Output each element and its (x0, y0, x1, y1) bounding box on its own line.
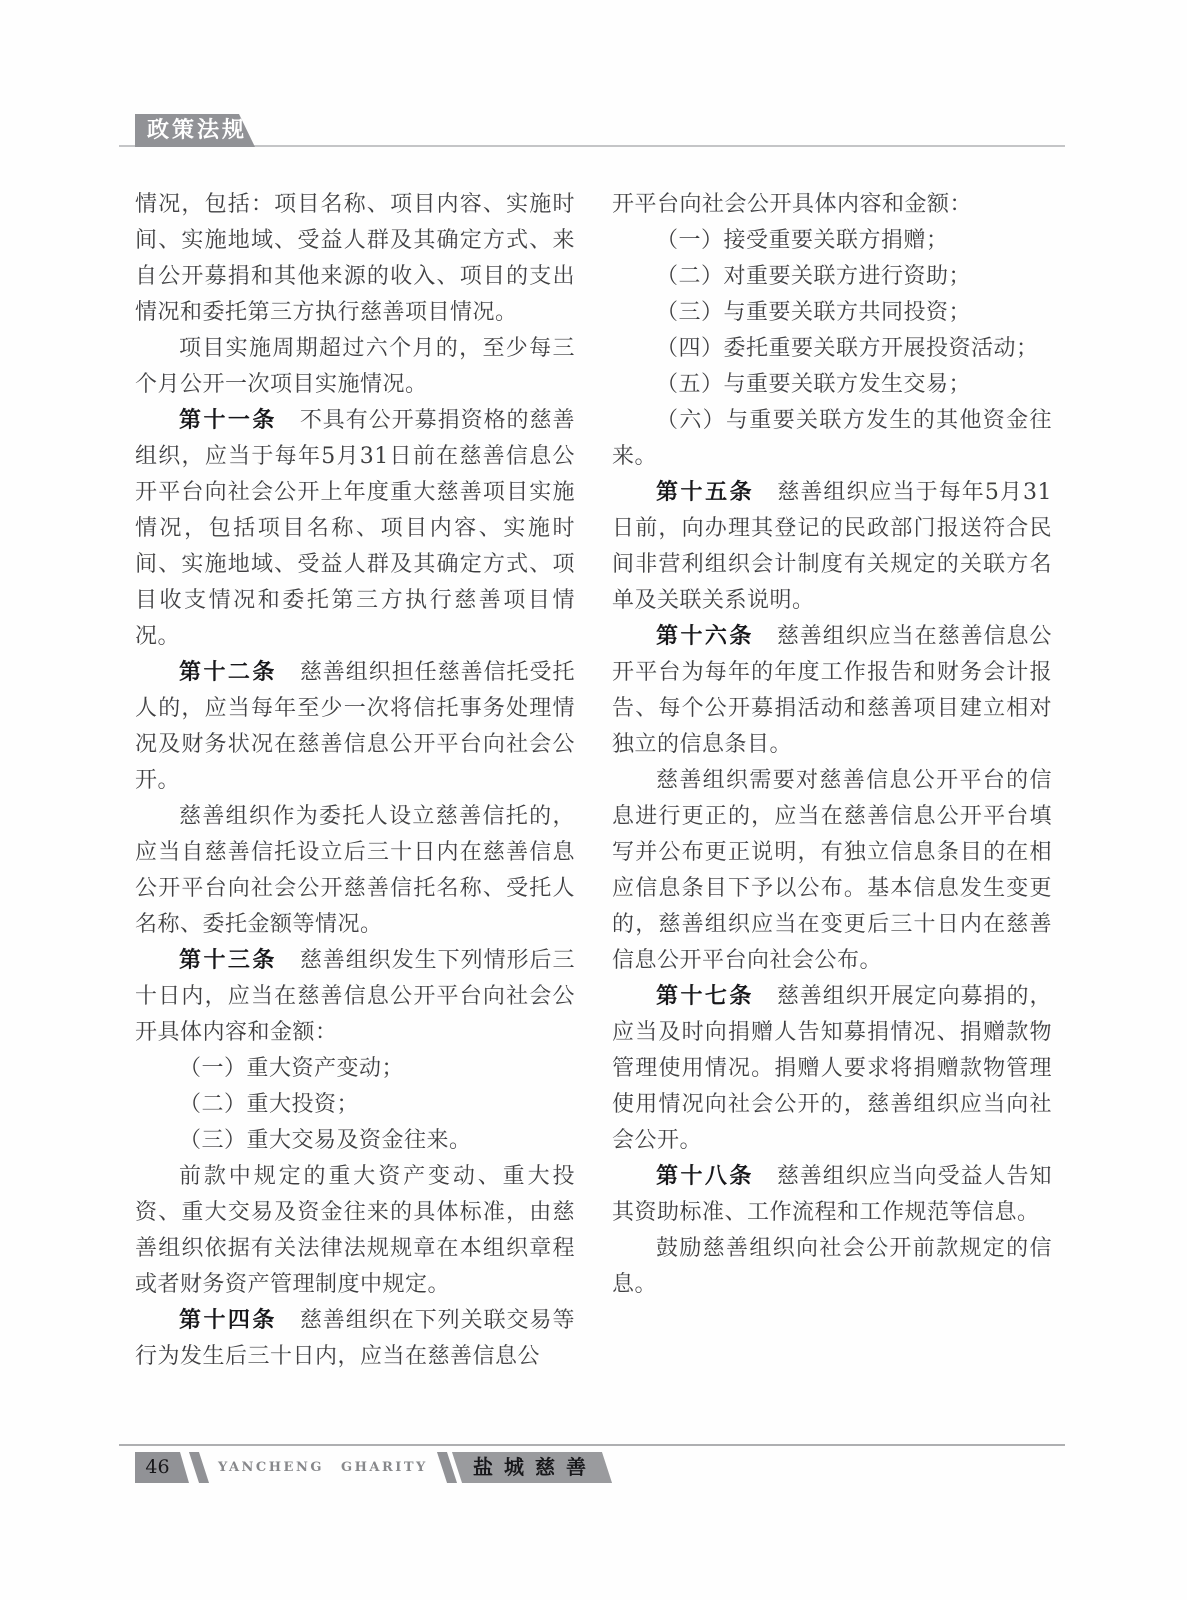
paragraph-text: （五）与重要关联方发生交易； (656, 372, 971, 397)
paragraph-text: 不具有公开募捐资格的慈善组织，应当于每年5月31日前在慈善信息公开平台向社会公开… (135, 408, 575, 649)
paragraph-text: 项目实施周期超过六个月的，至少每三个月公开一次项目实施情况。 (135, 336, 575, 397)
paragraph: 第十一条 不具有公开募捐资格的慈善组织，应当于每年5月31日前在慈善信息公开平台… (135, 403, 575, 655)
list-item: （二）重大投资； (135, 1087, 575, 1123)
page-number-badge: 46 (135, 1452, 189, 1483)
paragraph-text: 慈善组织开展定向募捐的，应当及时向捐赠人告知募捐情况、捐赠款物管理使用情况。捐赠… (612, 984, 1052, 1153)
paragraph: 慈善组织作为委托人设立慈善信托的，应当自慈善信托设立后三十日内在慈善信息公开平台… (135, 799, 575, 943)
paragraph-text: （一）接受重要关联方捐赠； (656, 228, 949, 253)
paragraph-text: （六）与重要关联方发生的其他资金往来。 (612, 408, 1052, 469)
paragraph-text: （四）委托重要关联方开展投资活动； (656, 336, 1039, 361)
magazine-title-badge: 盐城慈善 (452, 1452, 612, 1483)
article-number: 第十八条 (656, 1164, 754, 1189)
article-number: 第十三条 (179, 948, 277, 973)
paragraph: 情况，包括：项目名称、项目内容、实施时间、实施地域、受益人群及其确定方式、来自公… (135, 187, 575, 331)
article-number: 第十六条 (656, 624, 754, 649)
article-number: 第十一条 (179, 408, 277, 433)
section-badge: 政策法规 (135, 114, 255, 147)
header-rule (119, 145, 1065, 147)
paragraph: 慈善组织需要对慈善信息公开平台的信息进行更正的，应当在慈善信息公开平台填写并公布… (612, 763, 1052, 979)
paragraph: 第十七条 慈善组织开展定向募捐的，应当及时向捐赠人告知募捐情况、捐赠款物管理使用… (612, 979, 1052, 1159)
list-item: （一）接受重要关联方捐赠； (612, 223, 1052, 259)
paragraph: 项目实施周期超过六个月的，至少每三个月公开一次项目实施情况。 (135, 331, 575, 403)
paragraph-text: （三）重大交易及资金往来。 (179, 1128, 472, 1153)
paragraph-text: 开平台向社会公开具体内容和金额： (612, 192, 972, 217)
right-column: 开平台向社会公开具体内容和金额： （一）接受重要关联方捐赠； （二）对重要关联方… (612, 187, 1052, 1375)
article-number: 第十五条 (656, 480, 754, 505)
ribbon-tail (189, 1452, 209, 1483)
page-footer: 46 YANCHENG GHARITY 盐城慈善 (135, 1452, 607, 1483)
paragraph-text: （二）对重要关联方进行资助； (656, 264, 971, 289)
list-item: （二）对重要关联方进行资助； (612, 259, 1052, 295)
paragraph: 第十四条 慈善组织在下列关联交易等行为发生后三十日内，应当在慈善信息公 (135, 1303, 575, 1375)
section-label: 政策法规 (147, 118, 247, 143)
paragraph: 第十三条 慈善组织发生下列情形后三十日内，应当在慈善信息公开平台向社会公开具体内… (135, 943, 575, 1051)
magazine-title-en: YANCHENG GHARITY (218, 1452, 428, 1483)
list-item: （三）与重要关联方共同投资； (612, 295, 1052, 331)
paragraph-text: （一）重大资产变动； (179, 1056, 404, 1081)
paragraph-text: 慈善组织需要对慈善信息公开平台的信息进行更正的，应当在慈善信息公开平台填写并公布… (612, 768, 1052, 973)
paragraph: 第十六条 慈善组织应当在慈善信息公开平台为每年的年度工作报告和财务会计报告、每个… (612, 619, 1052, 763)
paragraph-text: （二）重大投资； (179, 1092, 359, 1117)
paragraph-text: 情况，包括：项目名称、项目内容、实施时间、实施地域、受益人群及其确定方式、来自公… (135, 192, 575, 325)
paragraph: 第十五条 慈善组织应当于每年5月31日前，向办理其登记的民政部门报送符合民间非营… (612, 475, 1052, 619)
page-number: 46 (145, 1456, 169, 1478)
list-item: （五）与重要关联方发生交易； (612, 367, 1052, 403)
list-item: （三）重大交易及资金往来。 (135, 1123, 575, 1159)
paragraph-text: 鼓励慈善组织向社会公开前款规定的信息。 (612, 1236, 1052, 1297)
magazine-title-cn: 盐城慈善 (473, 1452, 597, 1483)
paragraph: 前款中规定的重大资产变动、重大投资、重大交易及资金往来的具体标准，由慈善组织依据… (135, 1159, 575, 1303)
paragraph-text: 前款中规定的重大资产变动、重大投资、重大交易及资金往来的具体标准，由慈善组织依据… (135, 1164, 575, 1297)
footer-rule (119, 1444, 1065, 1446)
article-number: 第十二条 (179, 660, 277, 685)
paragraph-text: 慈善组织作为委托人设立慈善信托的，应当自慈善信托设立后三十日内在慈善信息公开平台… (135, 804, 575, 937)
paragraph: 鼓励慈善组织向社会公开前款规定的信息。 (612, 1231, 1052, 1303)
list-item: （六）与重要关联方发生的其他资金往来。 (612, 403, 1052, 475)
article-number: 第十七条 (656, 984, 754, 1009)
article-content: 情况，包括：项目名称、项目内容、实施时间、实施地域、受益人群及其确定方式、来自公… (135, 187, 1052, 1375)
paragraph-text: （三）与重要关联方共同投资； (656, 300, 971, 325)
list-item: （一）重大资产变动； (135, 1051, 575, 1087)
paragraph: 第十二条 慈善组织担任慈善信托受托人的，应当每年至少一次将信托事务处理情况及财务… (135, 655, 575, 799)
left-column: 情况，包括：项目名称、项目内容、实施时间、实施地域、受益人群及其确定方式、来自公… (135, 187, 575, 1375)
paragraph: 第十八条 慈善组织应当向受益人告知其资助标准、工作流程和工作规范等信息。 (612, 1159, 1052, 1231)
article-number: 第十四条 (179, 1308, 277, 1333)
list-item: （四）委托重要关联方开展投资活动； (612, 331, 1052, 367)
paragraph: 开平台向社会公开具体内容和金额： (612, 187, 1052, 223)
